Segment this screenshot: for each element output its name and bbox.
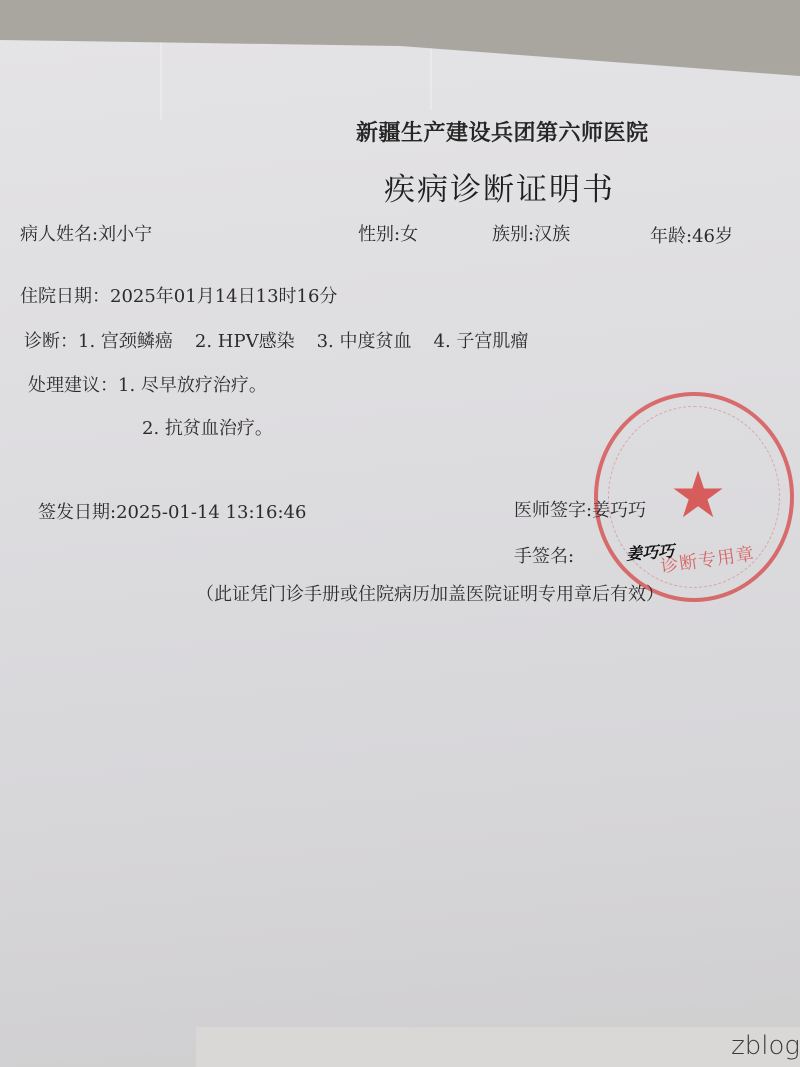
- issue-date-field: 签发日期:2025-01-14 13:16:46: [38, 498, 306, 524]
- diagnosis-item: 2. HPV感染: [195, 331, 295, 352]
- recommendation-field: 处理建议：1. 尽早放疗治疗。: [28, 371, 267, 397]
- paper-crease: [160, 40, 162, 120]
- diagnosis-item: 1. 宫颈鳞癌: [78, 331, 173, 352]
- ethnicity-label: 族别:: [492, 224, 534, 245]
- doctor-signature-field: 医师签字:姜巧巧: [514, 496, 646, 522]
- diagnosis-item: 4. 子宫肌瘤: [434, 331, 529, 352]
- patient-name-field: 病人姓名:刘小宁: [20, 220, 152, 246]
- age-label: 年龄:: [650, 226, 692, 247]
- recommendation-item: 1. 尽早放疗治疗。: [118, 375, 267, 396]
- doctor-signature-label: 医师签字:: [514, 500, 592, 521]
- hand-signature-label: 手签名:: [514, 542, 574, 568]
- admission-date-field: 住院日期：2025年01月14日13时16分: [20, 282, 337, 308]
- age-field: 年龄:46岁: [650, 222, 733, 248]
- recommendation-label: 处理建议：: [28, 375, 118, 396]
- admission-date-value: 2025年01月14日13时16分: [110, 286, 337, 307]
- ethnicity-field: 族别:汉族: [492, 220, 570, 246]
- admission-date-label: 住院日期：: [20, 286, 110, 307]
- document-title: 疾病诊断证明书: [384, 164, 615, 209]
- hand-signature: 姜巧巧: [625, 538, 675, 564]
- validity-note: （此证凭门诊手册或住院病历加盖医院证明专用章后有效）: [196, 580, 664, 606]
- patient-name-value: 刘小宁: [98, 224, 152, 245]
- recommendation-item-2: 2. 抗贫血治疗。: [142, 414, 273, 440]
- watermark: zblog: [731, 1031, 800, 1061]
- watermark-bar: zblog: [196, 1027, 800, 1067]
- issue-date-value: 2025-01-14 13:16:46: [116, 502, 306, 523]
- gender-label: 性别:: [358, 224, 400, 245]
- gender-value: 女: [400, 224, 418, 245]
- ethnicity-value: 汉族: [534, 224, 570, 245]
- diagnosis-field: 诊断：1. 宫颈鳞癌2. HPV感染3. 中度贫血4. 子宫肌瘤: [24, 327, 528, 353]
- diagnosis-label: 诊断：: [24, 331, 78, 352]
- issue-date-label: 签发日期:: [38, 502, 116, 523]
- hospital-name: 新疆生产建设兵团第六师医院: [356, 116, 649, 147]
- age-value: 46岁: [692, 226, 733, 247]
- paper-crease: [430, 40, 432, 110]
- gender-field: 性别:女: [358, 220, 418, 246]
- doctor-name: 姜巧巧: [592, 500, 646, 521]
- patient-name-label: 病人姓名:: [20, 224, 98, 245]
- star-icon: ★: [666, 464, 730, 528]
- diagnosis-item: 3. 中度贫血: [317, 331, 412, 352]
